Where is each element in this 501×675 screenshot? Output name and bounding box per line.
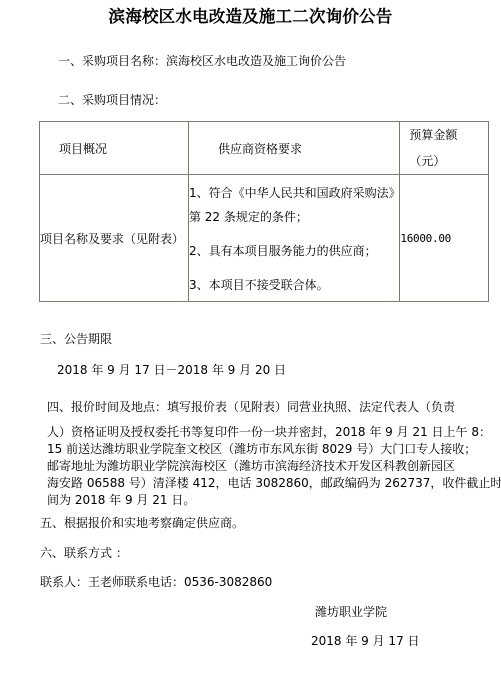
section-2-label: 二、采购项目情况：: [58, 93, 166, 107]
table-header-row: 项目概况 供应商资格要求 预算金额 （元）: [40, 122, 489, 175]
procurement-table: 项目概况 供应商资格要求 预算金额 （元） 项目名称及要求（见附表） 1、符合《…: [39, 121, 489, 302]
header-overview-text: 项目概况: [59, 142, 107, 156]
signature-org: 潍坊职业学院: [315, 605, 387, 619]
header-overview: 项目概况: [40, 122, 189, 175]
cell-overview: 项目名称及要求（见附表）: [40, 175, 189, 302]
section-1-value: 滨海校区水电改造及施工询价公告: [166, 54, 346, 68]
section-5-label: 五、根据报价和实地考察确定供应商。: [40, 516, 244, 530]
requirement-item: 1、符合《中华人民共和国政府采购法》: [189, 186, 399, 200]
section-1-label: 一、采购项目名称：: [58, 54, 166, 68]
table-row: 项目名称及要求（见附表） 1、符合《中华人民共和国政府采购法》 第 22 条规定…: [40, 175, 489, 302]
section-4-line: 邮寄地址为潍坊职业学院滨海校区（潍坊市滨海经济技术开发区科教创新园区: [47, 459, 455, 473]
requirement-item: 3、本项目不接受联合体。: [189, 278, 399, 292]
section-4-line: 间为 2018 年 9 月 21 日。: [47, 493, 195, 507]
contact-info: 联系人：王老师联系电话：0536-3082860: [40, 575, 272, 589]
section-3-label: 三、公告期限: [40, 332, 112, 346]
signature-date: 2018 年 9 月 17 日: [311, 634, 420, 648]
header-requirements: 供应商资格要求: [188, 122, 399, 175]
header-budget: 预算金额 （元）: [400, 122, 489, 175]
section-4-line: 人）资格证明及授权委托书等复印件一份一块并密封，2018 年 9 月 21 日上…: [47, 425, 491, 439]
cell-requirements: 1、符合《中华人民共和国政府采购法》 第 22 条规定的条件； 2、具有本项目服…: [188, 175, 399, 302]
announcement-period: 2018 年 9 月 17 日－2018 年 9 月 20 日: [57, 363, 286, 377]
cell-overview-text: 项目名称及要求（见附表）: [40, 232, 184, 246]
section-4-line: 海安路 06588 号）清泽楼 412，电话 3082860，邮政编码为 262…: [47, 476, 501, 490]
section-4-line: 15 前送达潍坊职业学院奎文校区（潍坊市东风东街 8029 号）大门口专人接收；: [47, 442, 476, 456]
section-6-label: 六、联系方式 ：: [40, 546, 128, 560]
cell-budget-text: 16000.00: [400, 232, 451, 245]
section-4-line: 四、报价时间及地点：填写报价表（见附表）同营业执照、法定代表人（负责: [47, 400, 455, 414]
header-budget-line2: （元）: [409, 148, 488, 174]
header-budget-line1: 预算金额: [409, 122, 488, 148]
page-title: 滨海校区水电改造及施工二次询价公告: [0, 3, 501, 27]
requirement-item: 2、具有本项目服务能力的供应商；: [189, 244, 399, 258]
requirement-item: 第 22 条规定的条件；: [189, 210, 399, 224]
cell-budget: 16000.00: [400, 175, 489, 302]
section-1: 一、采购项目名称：滨海校区水电改造及施工询价公告: [58, 54, 346, 68]
header-requirements-text: 供应商资格要求: [218, 142, 302, 156]
